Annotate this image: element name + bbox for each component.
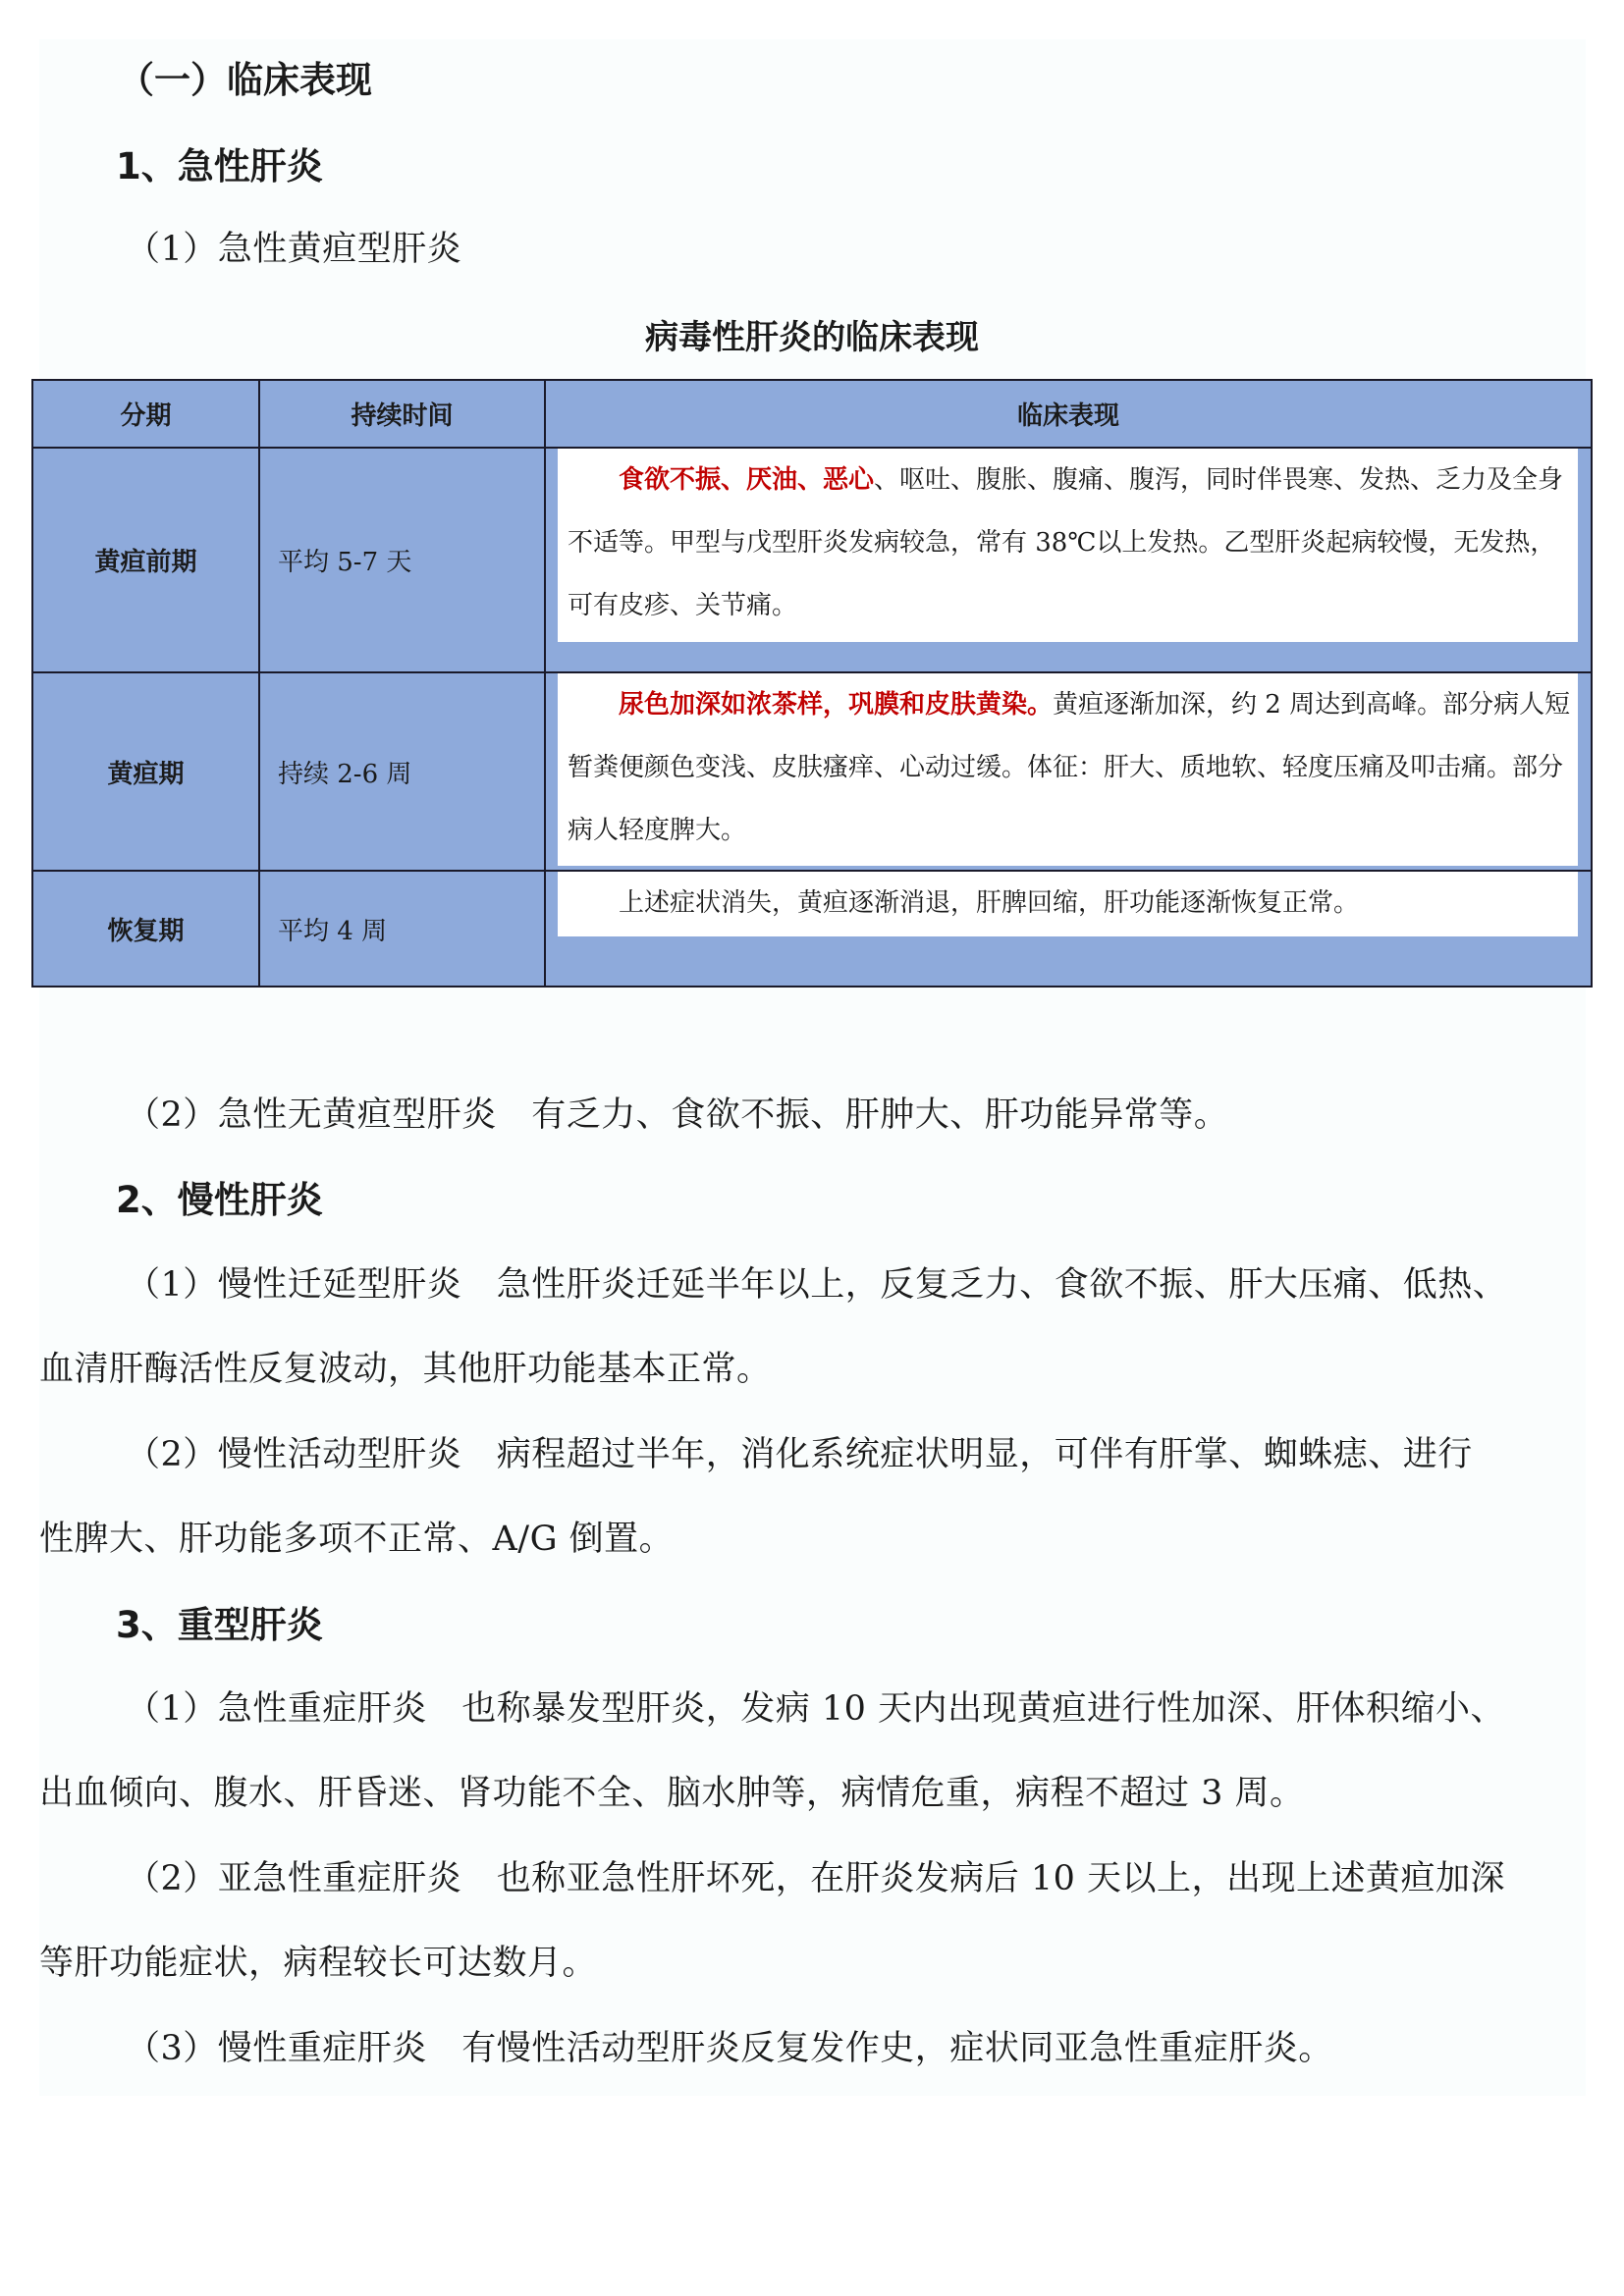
clinical-manifestation-table: 分期 持续时间 临床表现 黄疸前期 平均 5-7 天 食欲不振、厌油、恶心、呕吐… bbox=[31, 379, 1593, 988]
paragraph-subacute-severe-cont: 等肝功能症状，病程较长可达数月。 bbox=[39, 1947, 597, 1981]
subsection-heading-severe: 3、重型肝炎 bbox=[116, 1607, 323, 1643]
paragraph-chronic-active-cont: 性脾大、肝功能多项不正常、A/G 倒置。 bbox=[39, 1522, 674, 1557]
duration-cell: 持续 2-6 周 bbox=[260, 673, 544, 870]
duration-cell: 平均 4 周 bbox=[260, 872, 544, 986]
duration-cell: 平均 5-7 天 bbox=[260, 449, 544, 671]
table-title: 病毒性肝炎的临床表现 bbox=[0, 321, 1624, 354]
stage-cell: 黄疸期 bbox=[33, 673, 258, 870]
stage-cell: 恢复期 bbox=[33, 872, 258, 986]
key-symptoms: 尿色加深如浓茶样，巩膜和皮肤黄染。 bbox=[619, 690, 1053, 720]
subheading-acute-icteric: （1）急性黄疸型肝炎 bbox=[126, 233, 461, 267]
paragraph-acute-severe-cont: 出血倾向、腹水、肝昏迷、肾功能不全、脑水肿等，病情危重，病程不超过 3 周。 bbox=[39, 1777, 1305, 1811]
stage-cell: 黄疸前期 bbox=[33, 449, 258, 671]
key-symptoms: 食欲不振、厌油、恶心 bbox=[619, 465, 874, 495]
paragraph-chronic-severe: （3）慢性重症肝炎 有慢性活动型肝炎反复发作史，症状同亚急性重症肝炎。 bbox=[126, 2032, 1333, 2066]
paragraph-acute-severe: （1）急性重症肝炎 也称暴发型肝炎，发病 10 天内出现黄疸进行性加深、肝体积缩… bbox=[126, 1692, 1505, 1727]
paragraph-chronic-persistent-cont: 血清肝酶活性反复波动，其他肝功能基本正常。 bbox=[39, 1353, 772, 1387]
paragraph-subacute-severe: （2）亚急性重症肝炎 也称亚急性肝坏死，在肝炎发病后 10 天以上，出现上述黄疸… bbox=[126, 1862, 1505, 1896]
paragraph-chronic-persistent: （1）慢性迁延型肝炎 急性肝炎迁延半年以上，反复乏力、食欲不振、肝大压痛、低热、 bbox=[126, 1268, 1507, 1303]
manifestation-text: 上述症状消失，黄疸逐渐消退，肝脾回缩，肝功能逐渐恢复正常。 bbox=[619, 888, 1359, 918]
manifestation-cell: 食欲不振、厌油、恶心、呕吐、腹胀、腹痛、腹泻，同时伴畏寒、发热、乏力及全身不适等… bbox=[558, 449, 1578, 642]
subsection-heading-chronic: 2、慢性肝炎 bbox=[116, 1182, 323, 1218]
section-heading: （一）临床表现 bbox=[118, 62, 372, 98]
manifestation-cell: 尿色加深如浓茶样，巩膜和皮肤黄染。黄疸逐渐加深，约 2 周达到高峰。部分病人短暂… bbox=[558, 673, 1578, 866]
paragraph-chronic-active: （2）慢性活动型肝炎 病程超过半年，消化系统症状明显，可伴有肝掌、蜘蛛痣、进行 bbox=[126, 1438, 1473, 1472]
paragraph-acute-anicteric: （2）急性无黄疸型肝炎 有乏力、食欲不振、肝肿大、肝功能异常等。 bbox=[126, 1098, 1228, 1133]
column-header-stage: 分期 bbox=[33, 381, 258, 447]
column-header-manifestation: 临床表现 bbox=[546, 381, 1591, 447]
manifestation-cell: 上述症状消失，黄疸逐渐消退，肝脾回缩，肝功能逐渐恢复正常。 bbox=[558, 872, 1578, 936]
subsection-heading-acute: 1、急性肝炎 bbox=[116, 148, 323, 185]
column-divider bbox=[544, 381, 546, 986]
column-header-duration: 持续时间 bbox=[260, 381, 544, 447]
